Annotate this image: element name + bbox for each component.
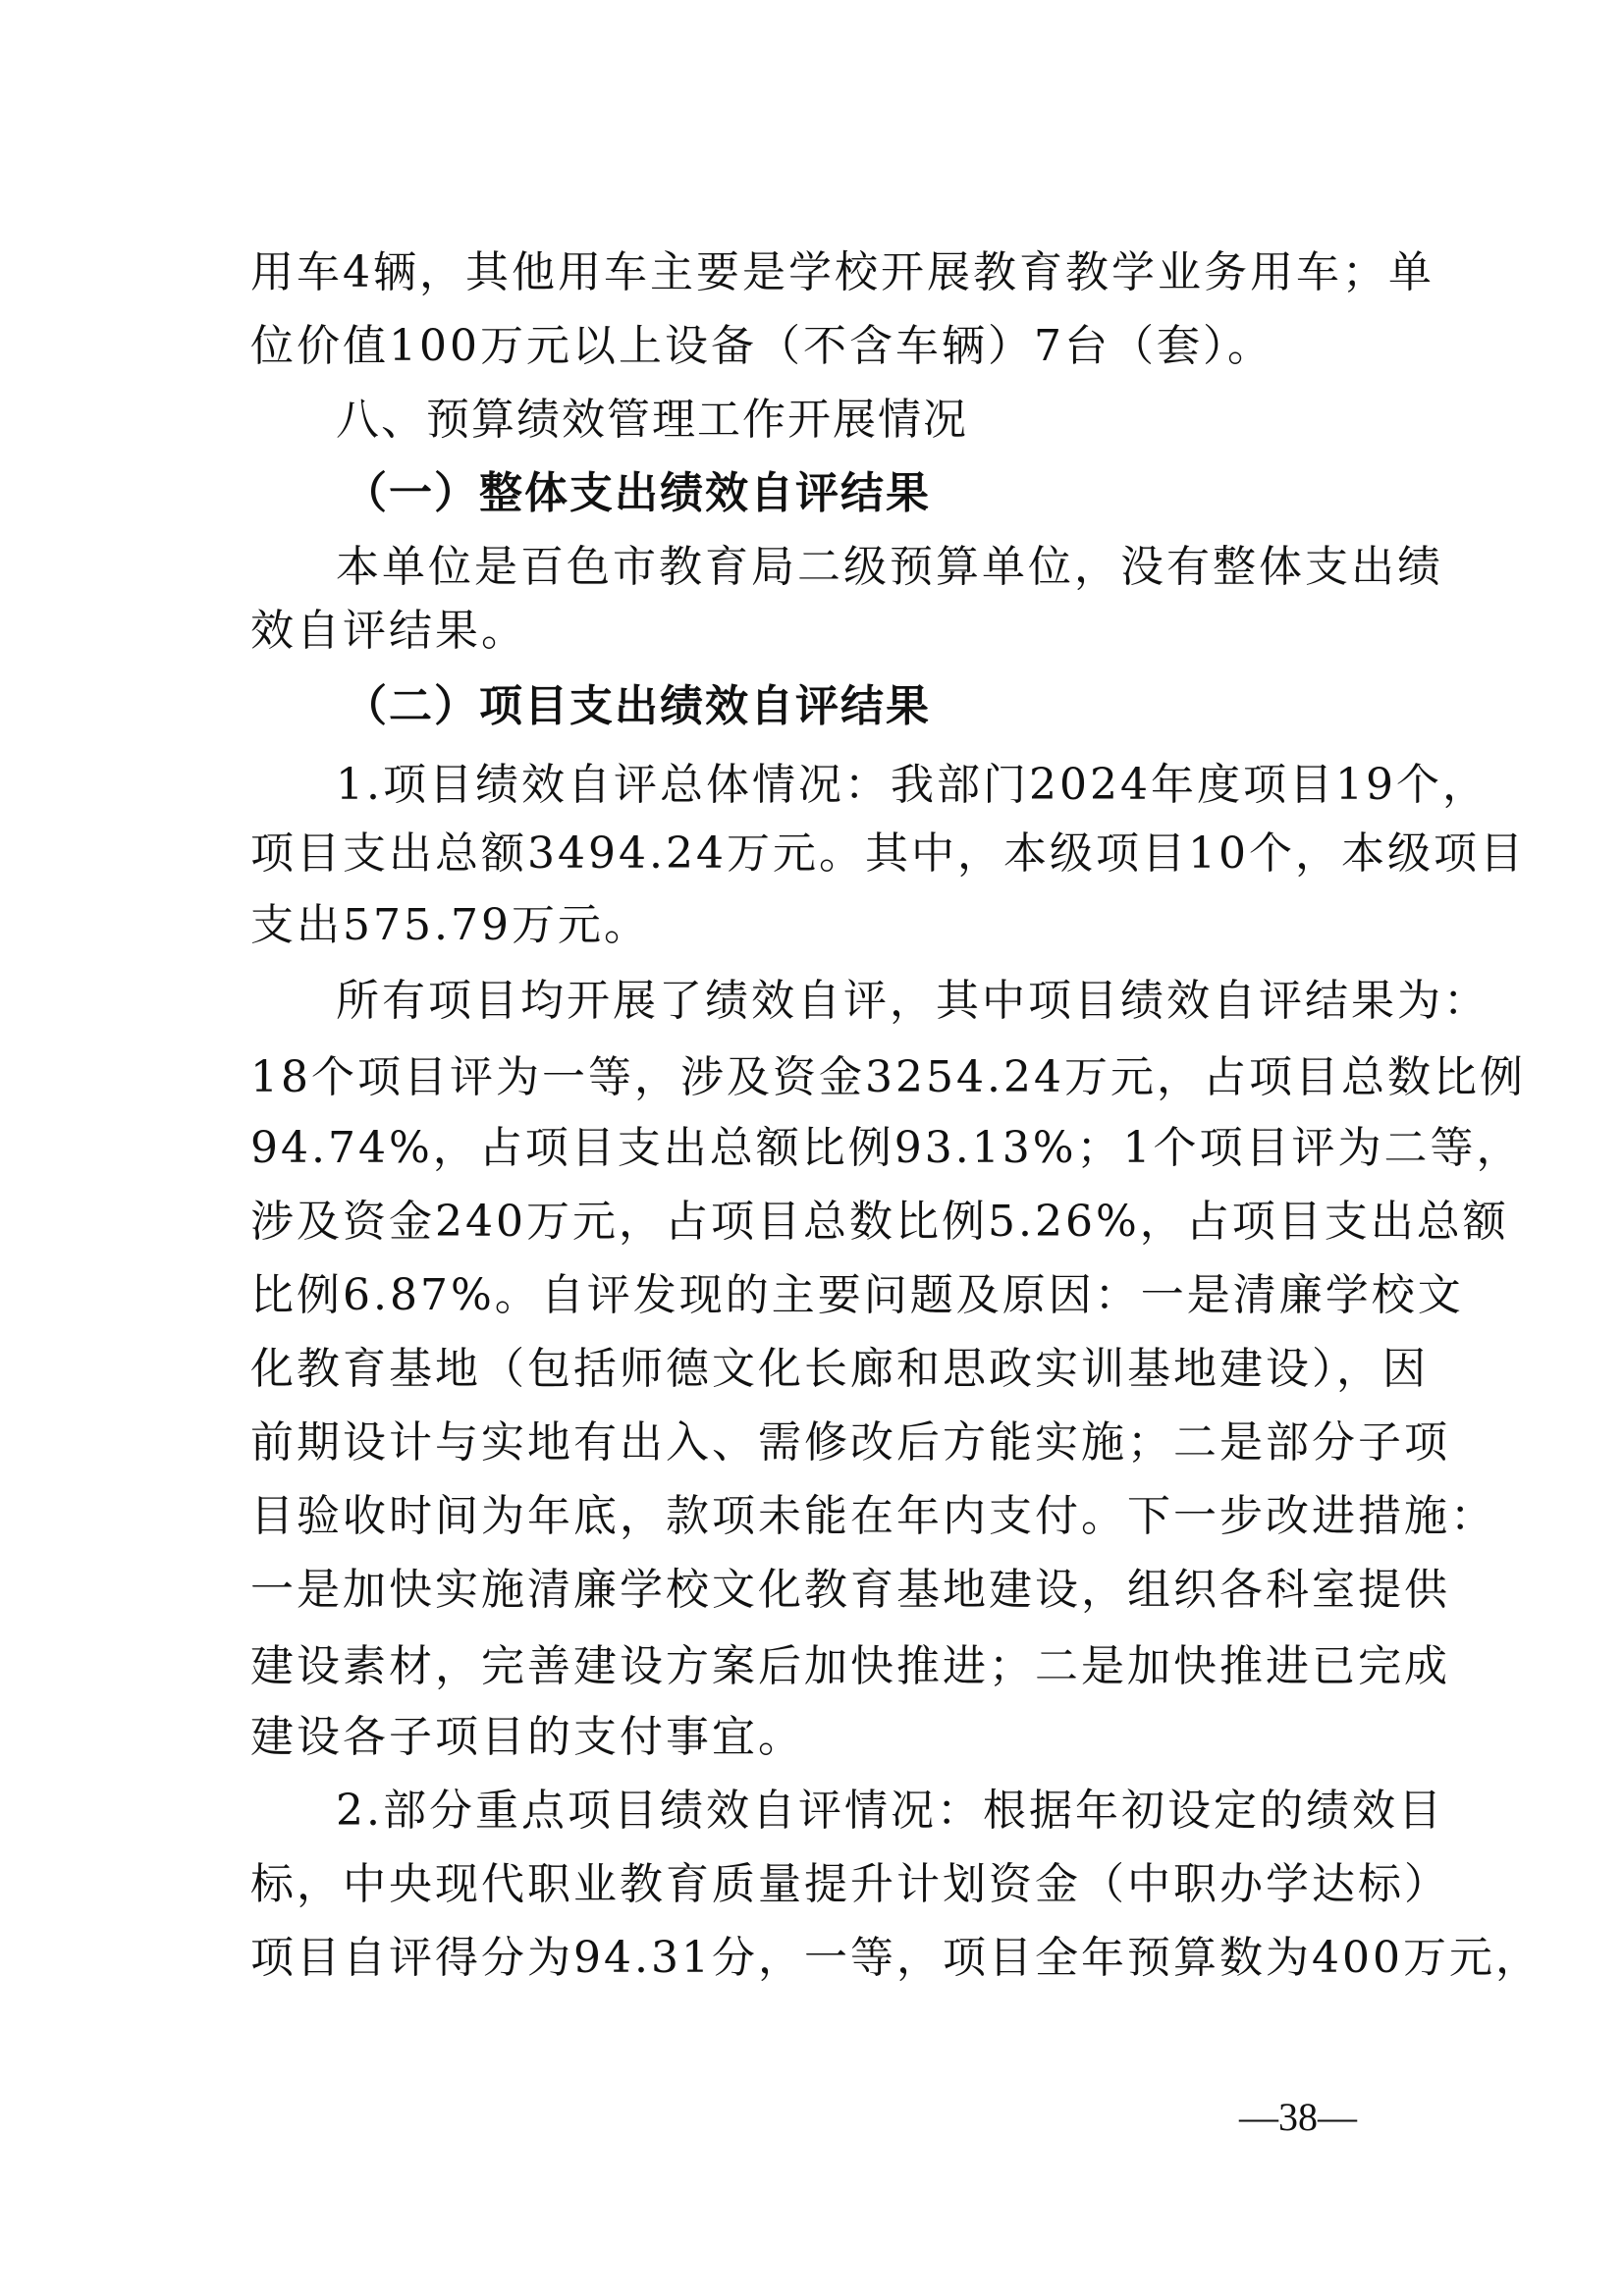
body-line: 项目支出总额3494.24万元。其中，本级项目10个，本级项目 (250, 825, 1389, 883)
body-line: 涉及资金240万元，占项目总数比例5.26%，占项目支出总额 (250, 1193, 1389, 1252)
body-line: 目验收时间为年底，款项未能在年内支付。下一步改进措施： (250, 1487, 1389, 1546)
body-line: 所有项目均开展了绩效自评，其中项目绩效自评结果为： (336, 972, 1389, 1031)
section-heading: 八、预算绩效管理工作开展情况 (336, 391, 968, 450)
body-line: 建设素材，完善建设方案后加快推进；二是加快推进已完成 (250, 1637, 1389, 1696)
body-line: 标，中央现代职业教育质量提升计划资金（中职办学达标） (250, 1855, 1389, 1914)
body-line: 1.项目绩效自评总体情况：我部门2024年度项目19个， (336, 756, 1389, 815)
document-page: 用车4辆，其他用车主要是学校开展教育教学业务用车；单 位价值100万元以上设备（… (0, 0, 1624, 2296)
body-line: 一是加快实施清廉学校文化教育基地建设，组织各科室提供 (250, 1561, 1389, 1620)
body-line: 位价值100万元以上设备（不含车辆）7台（套）。 (250, 317, 1389, 376)
subsection-heading: （一）整体支出绩效自评结果 (344, 464, 931, 523)
body-line: 项目自评得分为94.31分，一等，项目全年预算数为400万元， (250, 1929, 1389, 1988)
body-line: 94.74%，占项目支出总额比例93.13%；1个项目评为二等， (250, 1119, 1389, 1178)
body-line: 本单位是百色市教育局二级预算单位，没有整体支出绩 (336, 538, 1389, 597)
body-line: 比例6.87%。自评发现的主要问题及原因：一是清廉学校文 (250, 1266, 1389, 1325)
subsection-heading: （二）项目支出绩效自评结果 (344, 677, 931, 736)
body-line: 化教育基地（包括师德文化长廊和思政实训基地建设），因 (250, 1340, 1389, 1399)
page-number: —38— (1239, 2093, 1357, 2142)
body-line: 前期设计与实地有出入、需修改后方能实施；二是部分子项 (250, 1414, 1389, 1472)
body-line: 支出575.79万元。 (250, 896, 1389, 955)
body-line: 建设各子项目的支付事宜。 (250, 1708, 1389, 1767)
body-line: 18个项目评为一等，涉及资金3254.24万元，占项目总数比例 (250, 1048, 1389, 1107)
body-line: 2.部分重点项目绩效自评情况：根据年初设定的绩效目 (336, 1782, 1389, 1841)
body-line: 效自评结果。 (250, 602, 1389, 661)
body-line: 用车4辆，其他用车主要是学校开展教育教学业务用车；单 (250, 243, 1389, 302)
